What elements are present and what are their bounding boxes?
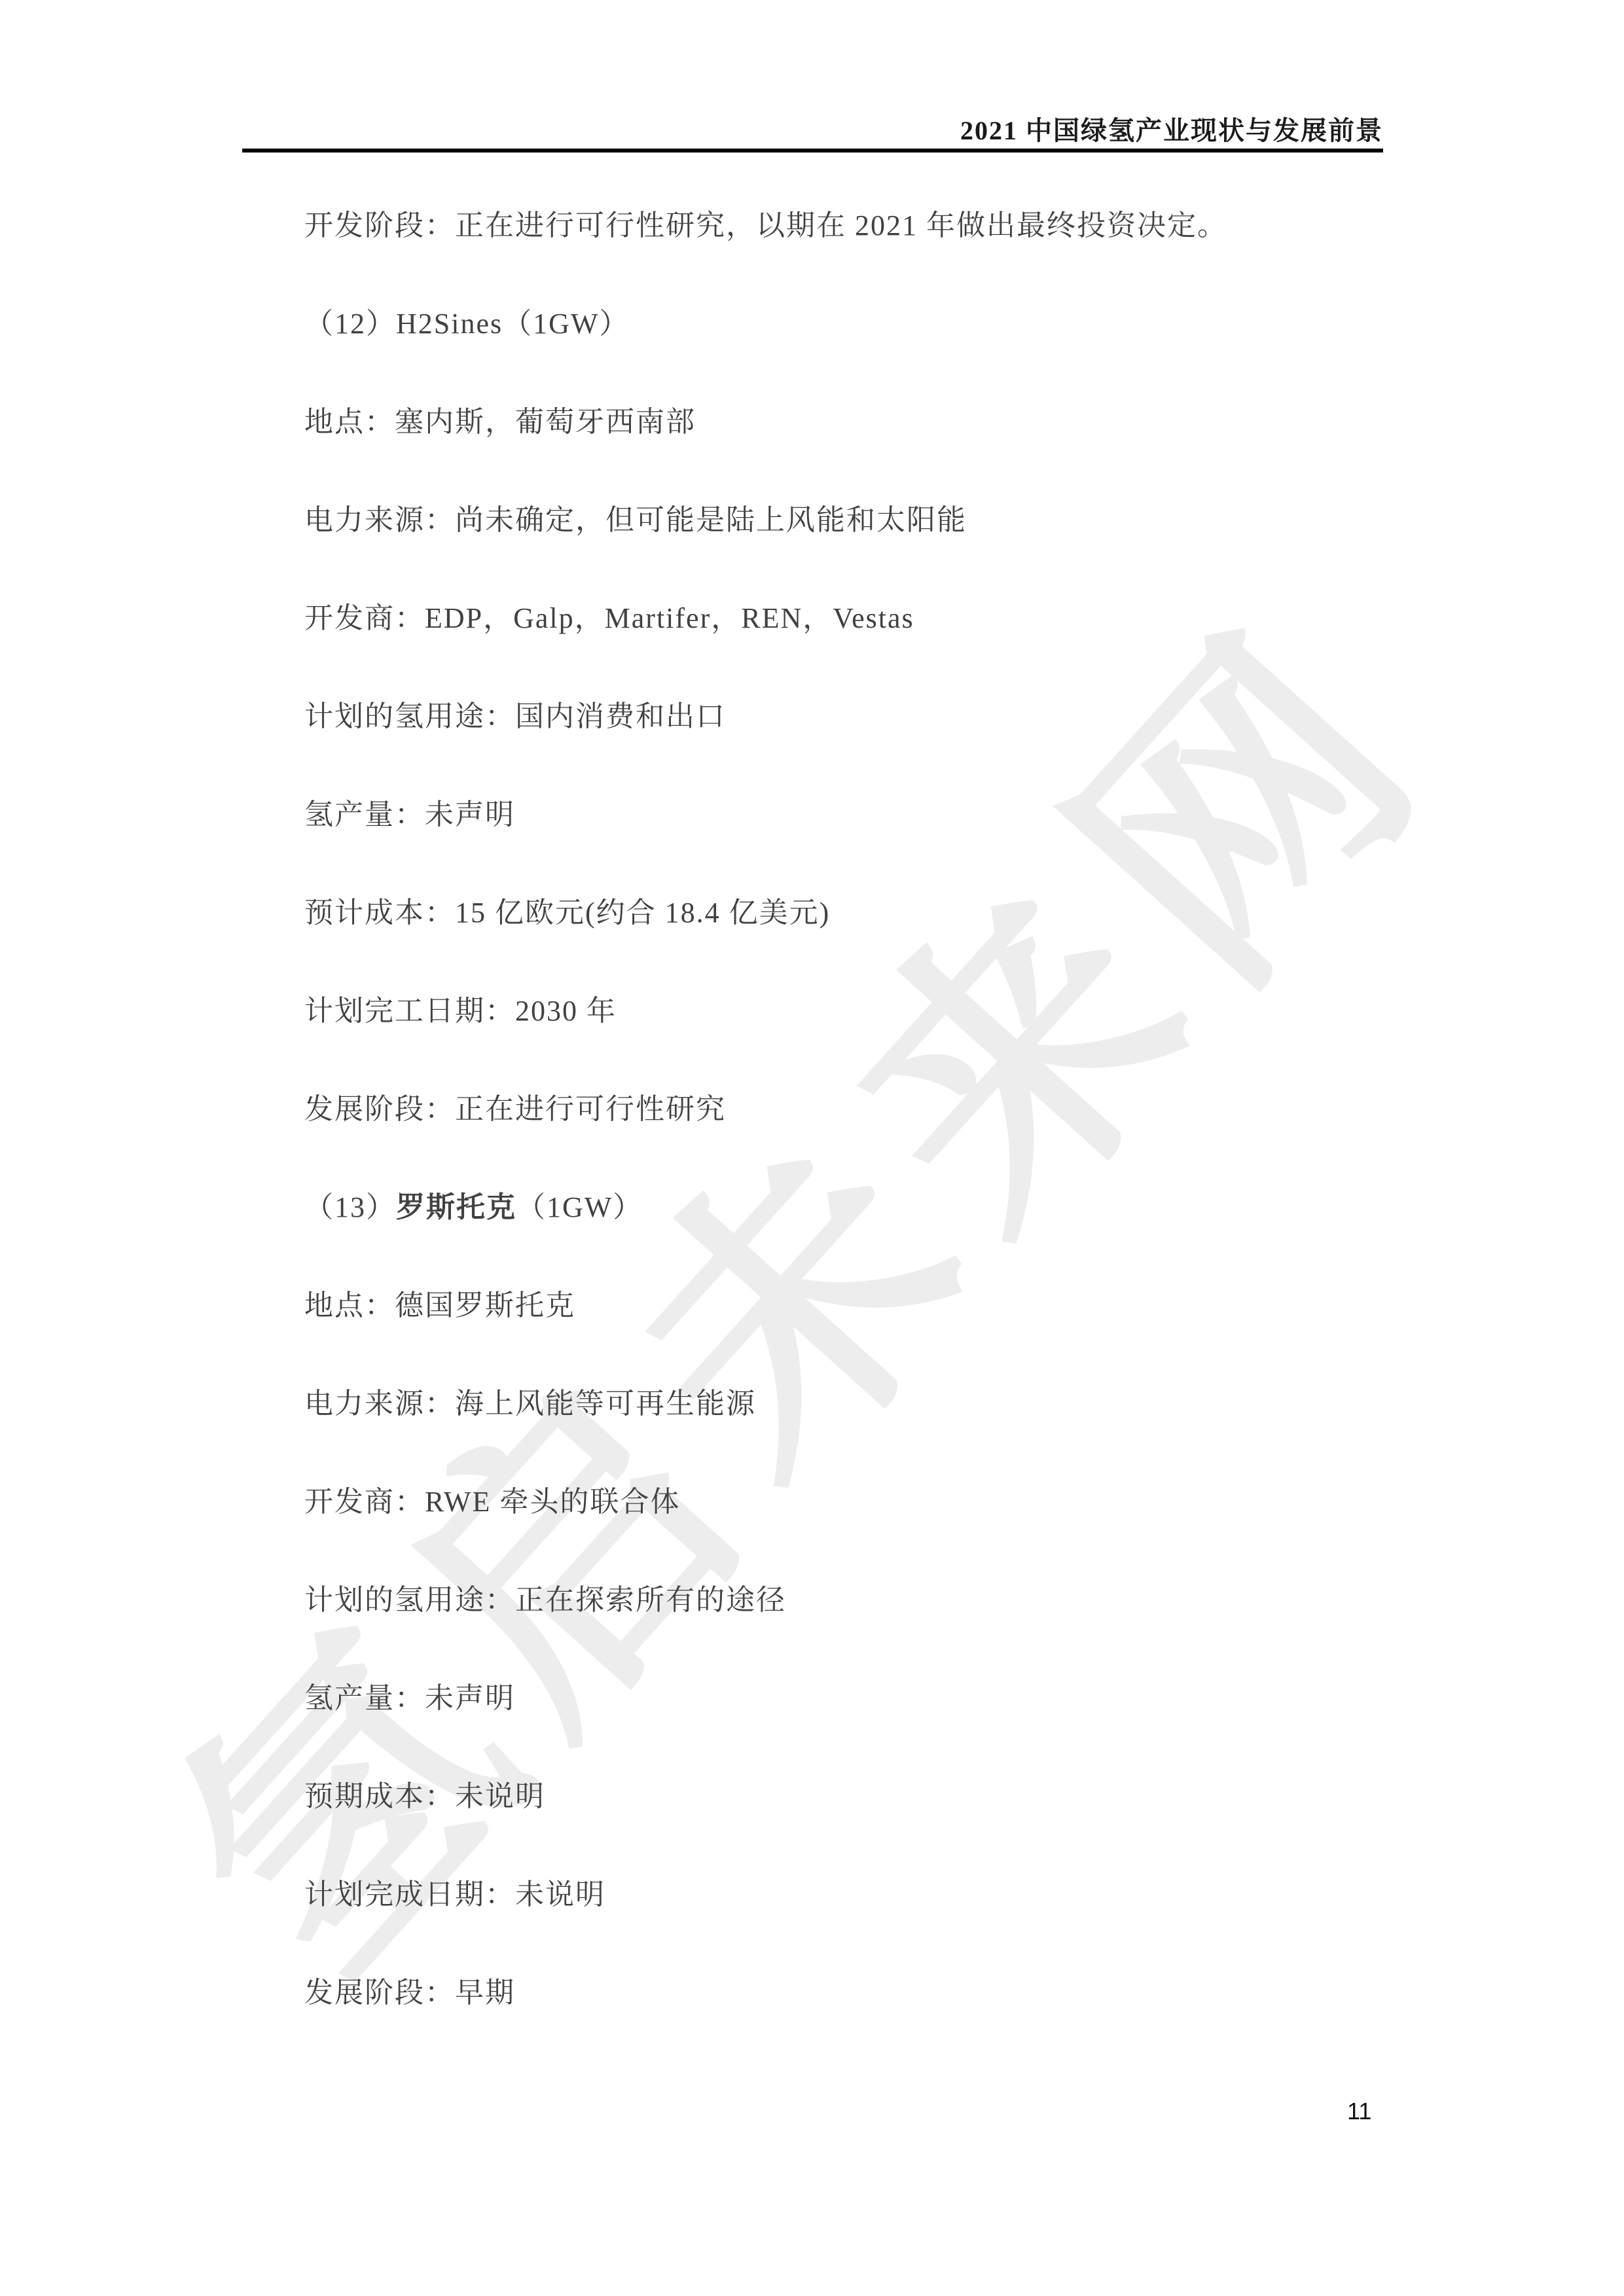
header-rule	[242, 149, 1383, 152]
paragraph-line: 氢产量：未声明	[304, 766, 1227, 864]
paragraph-text: 电力来源：尚未确定，但可能是陆上风能和太阳能	[304, 504, 967, 536]
paragraph-text: 发展阶段：早期	[304, 1977, 515, 2009]
paragraph-text: 计划完工日期：2030 年	[304, 995, 617, 1027]
paragraph-line: 发展阶段：正在进行可行性研究	[304, 1060, 1227, 1158]
paragraph-text: 预期成本：未说明	[304, 1780, 545, 1812]
paragraph-line: （12）H2Sines（1GW）	[304, 275, 1227, 373]
header-title: 2021 中国绿氢产业现状与发展前景	[960, 110, 1383, 147]
paragraph-line: 开发商：EDP，Galp，Martifer，REN，Vestas	[304, 569, 1227, 668]
paragraph-text: 预计成本：15 亿欧元(约合 18.4 亿美元)	[304, 897, 830, 929]
document-body: 开发阶段：正在进行可行性研究，以期在 2021 年做出最终投资决定。（12）H2…	[304, 177, 1227, 2042]
paragraph-text: 开发商：EDP，Galp，Martifer，REN，Vestas	[304, 602, 914, 634]
paragraph-line: （13）罗斯托克（1GW）	[304, 1158, 1227, 1257]
paragraph-text: 电力来源：海上风能等可再生能源	[304, 1388, 756, 1420]
paragraph-line: 计划的氢用途：正在探索所有的途径	[304, 1551, 1227, 1649]
paragraph-text: 地点：塞内斯，葡萄牙西南部	[304, 406, 696, 438]
paragraph-line: 计划的氢用途：国内消费和出口	[304, 668, 1227, 766]
paragraph-line: 电力来源：尚未确定，但可能是陆上风能和太阳能	[304, 471, 1227, 569]
paragraph-text: 计划完成日期：未说明	[304, 1878, 605, 1910]
paragraph-text: 开发商：RWE 牵头的联合体	[304, 1486, 680, 1518]
paragraph-text: （1GW）	[516, 1191, 643, 1223]
page-header: 2021 中国绿氢产业现状与发展前景	[242, 0, 1383, 157]
paragraph-text: 地点：德国罗斯托克	[304, 1289, 575, 1321]
paragraph-line: 计划完成日期：未说明	[304, 1846, 1227, 1944]
paragraph-line: 地点：德国罗斯托克	[304, 1257, 1227, 1355]
paragraph-line: 开发阶段：正在进行可行性研究，以期在 2021 年做出最终投资决定。	[304, 177, 1227, 275]
paragraph-line: 地点：塞内斯，葡萄牙西南部	[304, 373, 1227, 471]
page-number: 11	[1347, 2098, 1371, 2125]
paragraph-line: 预期成本：未说明	[304, 1748, 1227, 1846]
paragraph-text: 氢产量：未声明	[304, 798, 515, 831]
paragraph-line: 发展阶段：早期	[304, 1944, 1227, 2042]
paragraph-text-bold: 罗斯托克	[396, 1191, 516, 1223]
paragraph-text: （13）	[304, 1191, 396, 1223]
paragraph-text: 计划的氢用途：国内消费和出口	[304, 700, 726, 732]
document-page: 氢启未来网 2021 中国绿氢产业现状与发展前景 开发阶段：正在进行可行性研究，…	[0, 0, 1624, 2296]
paragraph-text: 氢产量：未声明	[304, 1682, 515, 1714]
paragraph-line: 预计成本：15 亿欧元(约合 18.4 亿美元)	[304, 864, 1227, 962]
paragraph-text: 开发阶段：正在进行可行性研究，以期在 2021 年做出最终投资决定。	[304, 209, 1227, 242]
paragraph-text: 计划的氢用途：正在探索所有的途径	[304, 1584, 786, 1616]
paragraph-line: 开发商：RWE 牵头的联合体	[304, 1453, 1227, 1551]
paragraph-line: 计划完工日期：2030 年	[304, 962, 1227, 1060]
paragraph-text: （12）H2Sines（1GW）	[304, 308, 629, 340]
paragraph-line: 氢产量：未声明	[304, 1649, 1227, 1748]
paragraph-line: 电力来源：海上风能等可再生能源	[304, 1355, 1227, 1453]
paragraph-text: 发展阶段：正在进行可行性研究	[304, 1093, 726, 1125]
